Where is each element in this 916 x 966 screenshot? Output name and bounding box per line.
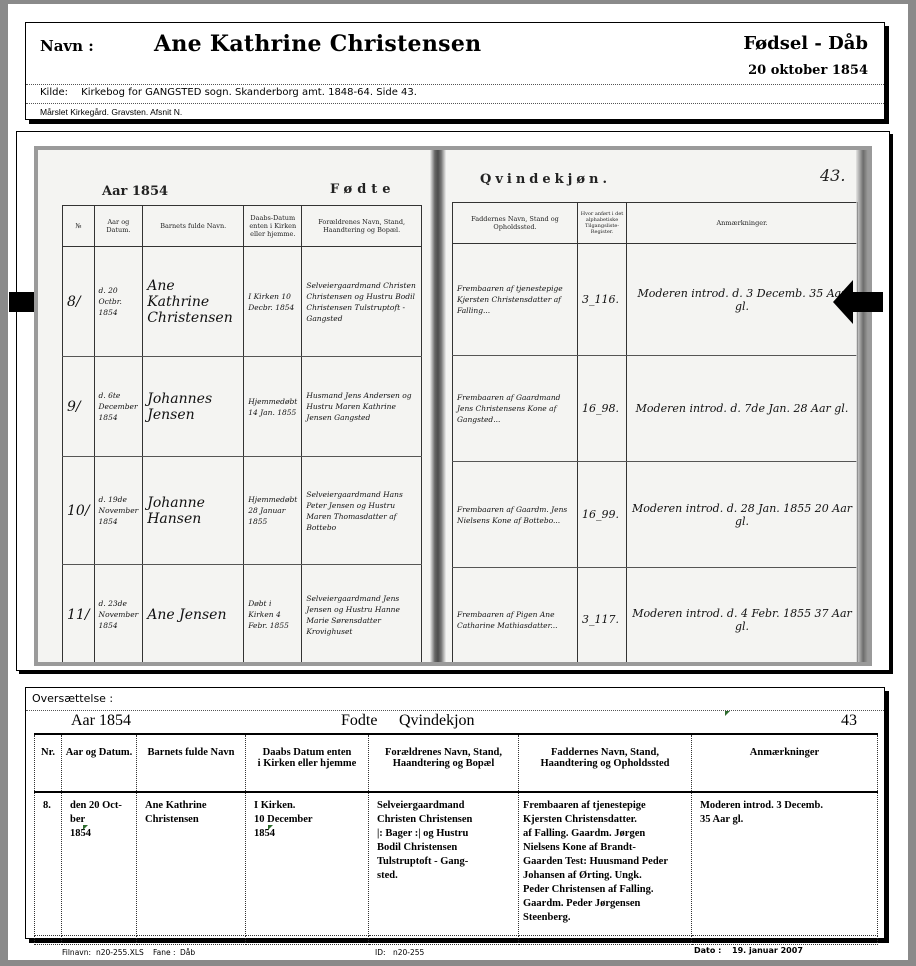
cell-remarks: Moderen introd. 3 Decemb. 35 Aar gl. — [692, 792, 878, 936]
scan-col: Forældrenes Navn, Stand, Haandtering og … — [302, 206, 422, 247]
scan-cell: Johanne Hansen — [143, 457, 244, 565]
scan-cell: Døbt i Kirken 4 Febr. 1855 — [244, 565, 302, 663]
table-row: 8. den 20 Oct- ber 1854 Ane Kathrine Chr… — [35, 792, 878, 936]
scan-row: 10/ d. 19de November 1854 Johanne Hansen… — [63, 457, 422, 565]
book-spine — [430, 150, 446, 662]
scan-cell: Moderen introd. d. 3 Decemb. 35 Aar gl. — [627, 244, 858, 356]
col-baptism: Daabs Datum enten i Kirken eller hjemme — [246, 734, 369, 792]
scan-cell: 9/ — [63, 357, 95, 457]
translation-heading-fodte: Fodte — [341, 712, 377, 730]
filename: n20-255.XLS — [96, 948, 144, 957]
scan-cell: Ane Jensen — [143, 565, 244, 663]
scan-col: Faddernes Navn, Stand og Opholdssted. — [453, 203, 578, 244]
comment-marker-icon — [268, 825, 273, 830]
page: Navn : Ane Kathrine Christensen Fødsel -… — [8, 4, 908, 960]
scan-col: Barnets fulde Navn. — [143, 206, 244, 247]
source-note: Mårslet Kirkegård. Gravsten. Afsnit N. — [40, 107, 182, 117]
translation-page-number: 43 — [841, 712, 857, 730]
scan-frame: Aar 1854 Fødte № Aar og Datum. Barnets f… — [34, 146, 872, 666]
scan-right-table: Faddernes Navn, Stand og Opholdssted. Hv… — [452, 202, 858, 662]
church-book-scan: Aar 1854 Fødte № Aar og Datum. Barnets f… — [38, 150, 868, 662]
scan-cell: Hjemmedøbt 14 Jan. 1855 — [244, 357, 302, 457]
comment-marker-icon — [725, 711, 730, 716]
col-date: Aar og Datum. — [62, 734, 137, 792]
scan-cell: 10/ — [63, 457, 95, 565]
scan-col: Daabs-Datum enten i Kirken eller hjemme. — [244, 206, 302, 247]
scan-cell: Johannes Jensen — [143, 357, 244, 457]
scan-row: Frembaaren af Gaardm. Jens Nielsens Kone… — [453, 462, 858, 568]
event-type: Fødsel - Dåb — [743, 33, 868, 54]
scan-cell: 16_99. — [578, 462, 627, 568]
divider — [26, 84, 884, 85]
scan-page-number: 43. — [820, 166, 845, 185]
filename-label: Filnavn: — [62, 948, 91, 957]
source-label: Kilde: — [40, 87, 68, 98]
comment-marker-icon — [83, 825, 88, 830]
cell-child-name: Ane Kathrine Christensen — [137, 792, 246, 936]
scan-cell: Frembaaren af Pigen Ane Catharine Mathia… — [453, 568, 578, 663]
scan-cell: Moderen introd. d. 28 Jan. 1855 20 Aar g… — [627, 462, 858, 568]
scan-col: № — [63, 206, 95, 247]
source-text: Kirkebog for GANGSTED sogn. Skanderborg … — [81, 87, 417, 98]
translation-year: Aar 1854 — [71, 712, 131, 730]
divider — [26, 103, 884, 104]
scan-row: Frembaaren af Gaardmand Jens Christensen… — [453, 356, 858, 462]
col-parents: Forældrenes Navn, Stand, Haandtering og … — [369, 734, 519, 792]
scan-col: Anmærkninger. — [627, 203, 858, 244]
col-godparents: Faddernes Navn, Stand, Haandtering og Op… — [519, 734, 692, 792]
arrow-left-icon — [833, 280, 883, 324]
scan-cell: d. 6te December 1854 — [94, 357, 143, 457]
scan-left-table: № Aar og Datum. Barnets fulde Navn. Daab… — [62, 205, 422, 662]
scan-cell: 3_116. — [578, 244, 627, 356]
id-label: ID: — [375, 948, 386, 957]
date-label: Dato : — [694, 946, 721, 955]
cell-godparents: Frembaaren af tjenestepige Kjersten Chri… — [519, 792, 692, 936]
table-row-empty — [35, 936, 878, 945]
record-header: Navn : Ane Kathrine Christensen Fødsel -… — [25, 22, 885, 120]
translation-panel: Oversættelse : Aar 1854 Fodte Qvindekjon… — [25, 687, 885, 939]
scan-panel: Aar 1854 Fødte № Aar og Datum. Barnets f… — [16, 131, 890, 671]
scan-right-heading: Qvindekjøn. — [480, 172, 611, 187]
cell-date: den 20 Oct- ber 1854 — [62, 792, 137, 936]
scan-row: 8/ d. 20 Octbr. 1854 Ane Kathrine Christ… — [63, 247, 422, 357]
scan-cell: Frembaaren af Gaardm. Jens Nielsens Kone… — [453, 462, 578, 568]
scan-cell: 3_117. — [578, 568, 627, 663]
scan-cell: Selveiergaardmand Hans Peter Jensen og H… — [302, 457, 422, 565]
scan-cell: Ane Kathrine Christensen — [143, 247, 244, 357]
cell-parents: Selveiergaardmand Christen Christensen |… — [369, 792, 519, 936]
sheet-name: Dåb — [180, 948, 195, 957]
page-edge — [856, 150, 868, 662]
scan-cell: Husmand Jens Andersen og Hustru Maren Ka… — [302, 357, 422, 457]
scan-cell: Hjemmedøbt 28 Januar 1855 — [244, 457, 302, 565]
scan-cell: I Kirken 10 Decbr. 1854 — [244, 247, 302, 357]
scan-row: 9/ d. 6te December 1854 Johannes Jensen … — [63, 357, 422, 457]
event-date: 20 oktober 1854 — [748, 63, 868, 78]
scan-cell: Selveiergaardmand Jens Jensen og Hustru … — [302, 565, 422, 663]
scan-col: Hvor anført i det alphabetiske Tilgangsl… — [578, 203, 627, 244]
scan-left-heading: Fødte — [330, 182, 396, 197]
cell-nr: 8. — [35, 792, 62, 936]
divider — [26, 710, 884, 711]
scan-row: Frembaaren af tjenestepige Kjersten Chri… — [453, 244, 858, 356]
sheet-label: Fane : — [153, 948, 176, 957]
scan-cell: Frembaaren af tjenestepige Kjersten Chri… — [453, 244, 578, 356]
source-row: Kilde: Kirkebog for GANGSTED sogn. Skand… — [40, 87, 417, 98]
scan-cell: Moderen introd. d. 7de Jan. 28 Aar gl. — [627, 356, 858, 462]
print-date: 19. januar 2007 — [732, 946, 803, 955]
record-id: n20-255 — [393, 948, 424, 957]
col-child-name: Barnets fulde Navn — [137, 734, 246, 792]
scan-col: Aar og Datum. — [94, 206, 143, 247]
col-nr: Nr. — [35, 734, 62, 792]
scan-cell: 11/ — [63, 565, 95, 663]
scan-cell: Selveiergaardmand Christen Christensen o… — [302, 247, 422, 357]
scan-cell: 16_98. — [578, 356, 627, 462]
scan-cell: d. 19de November 1854 — [94, 457, 143, 565]
scan-row: 11/ d. 23de November 1854 Ane Jensen Døb… — [63, 565, 422, 663]
translation-label: Oversættelse : — [32, 692, 113, 705]
translation-heading-gender: Qvindekjon — [399, 712, 475, 730]
scan-year-title: Aar 1854 — [102, 184, 168, 199]
col-remarks: Anmærkninger — [692, 734, 878, 792]
scan-cell: d. 20 Octbr. 1854 — [94, 247, 143, 357]
person-name: Ane Kathrine Christensen — [154, 31, 481, 57]
translation-table: Nr. Aar og Datum. Barnets fulde Navn Daa… — [34, 733, 878, 945]
scan-cell: Moderen introd. d. 4 Febr. 1855 37 Aar g… — [627, 568, 858, 663]
name-label: Navn : — [40, 37, 94, 55]
cell-baptism: I Kirken. 10 December 1854 — [246, 792, 369, 936]
scan-cell: Frembaaren af Gaardmand Jens Christensen… — [453, 356, 578, 462]
scan-row: Frembaaren af Pigen Ane Catharine Mathia… — [453, 568, 858, 663]
scan-cell: d. 23de November 1854 — [94, 565, 143, 663]
scan-cell: 8/ — [63, 247, 95, 357]
